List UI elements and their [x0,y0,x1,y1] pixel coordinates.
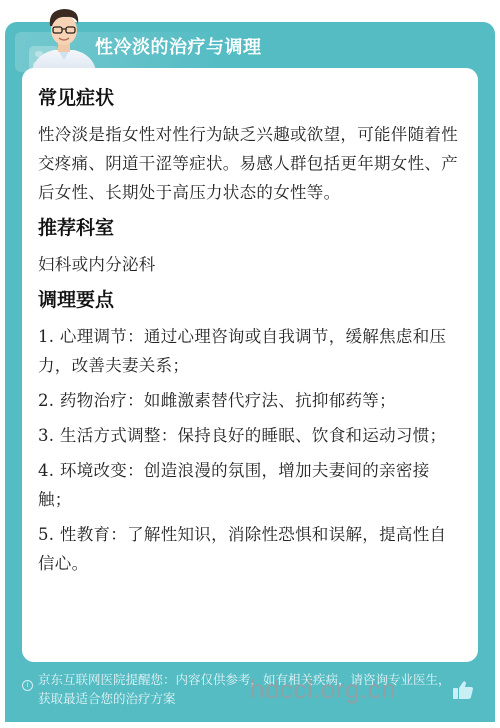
symptoms-text: 性冷淡是指女性对性行为缺乏兴趣或欲望，可能伴随着性交疼痛、阴道干涩等症状。易感人… [38,120,463,207]
list-item: 4. 环境改变：创造浪漫的氛围，增加夫妻间的亲密接触； [38,456,463,514]
list-item: 3. 生活方式调整：保持良好的睡眠、饮食和运动习惯； [38,421,463,450]
watermark: hdccl.org.cn [250,674,396,705]
section-care-points: 调理要点 1. 心理调节：通过心理咨询或自我调节，缓解焦虑和压力，改善夫妻关系；… [38,286,463,578]
list-text: 性教育：了解性知识，消除性恐惧和误解，提高性自信心。 [38,525,446,573]
list-text: 药物治疗：如雌激素替代疗法、抗抑郁药等； [60,391,396,410]
list-text: 环境改变：创造浪漫的氛围，增加夫妻间的亲密接触； [38,461,430,509]
doctor-avatar [28,4,100,70]
list-text: 心理调节：通过心理咨询或自我调节，缓解焦虑和压力，改善夫妻关系； [38,327,446,375]
list-item: 1. 心理调节：通过心理咨询或自我调节，缓解焦虑和压力，改善夫妻关系； [38,322,463,380]
thumbs-up-icon[interactable] [452,680,474,700]
list-item: 5. 性教育：了解性知识，消除性恐惧和误解，提高性自信心。 [38,520,463,578]
info-icon: i [22,680,33,691]
section-title: 常见症状 [38,84,463,112]
list-text: 生活方式调整：保持良好的睡眠、饮食和运动习惯； [60,426,446,445]
department-text: 妇科或内分泌科 [38,250,463,279]
section-title: 调理要点 [38,286,463,314]
page-title: 性冷淡的治疗与调理 [95,33,262,59]
list-number: 1. [38,327,54,346]
info-card: 常见症状 性冷淡是指女性对性行为缺乏兴趣或欲望，可能伴随着性交疼痛、阴道干涩等症… [22,68,478,662]
section-symptoms: 常见症状 性冷淡是指女性对性行为缺乏兴趣或欲望，可能伴随着性交疼痛、阴道干涩等症… [38,84,463,207]
list-number: 4. [38,461,54,480]
section-department: 推荐科室 妇科或内分泌科 [38,214,463,279]
list-number: 2. [38,391,54,410]
list-item: 2. 药物治疗：如雌激素替代疗法、抗抑郁药等； [38,386,463,415]
list-number: 5. [38,525,54,544]
section-title: 推荐科室 [38,214,463,242]
list-number: 3. [38,426,54,445]
